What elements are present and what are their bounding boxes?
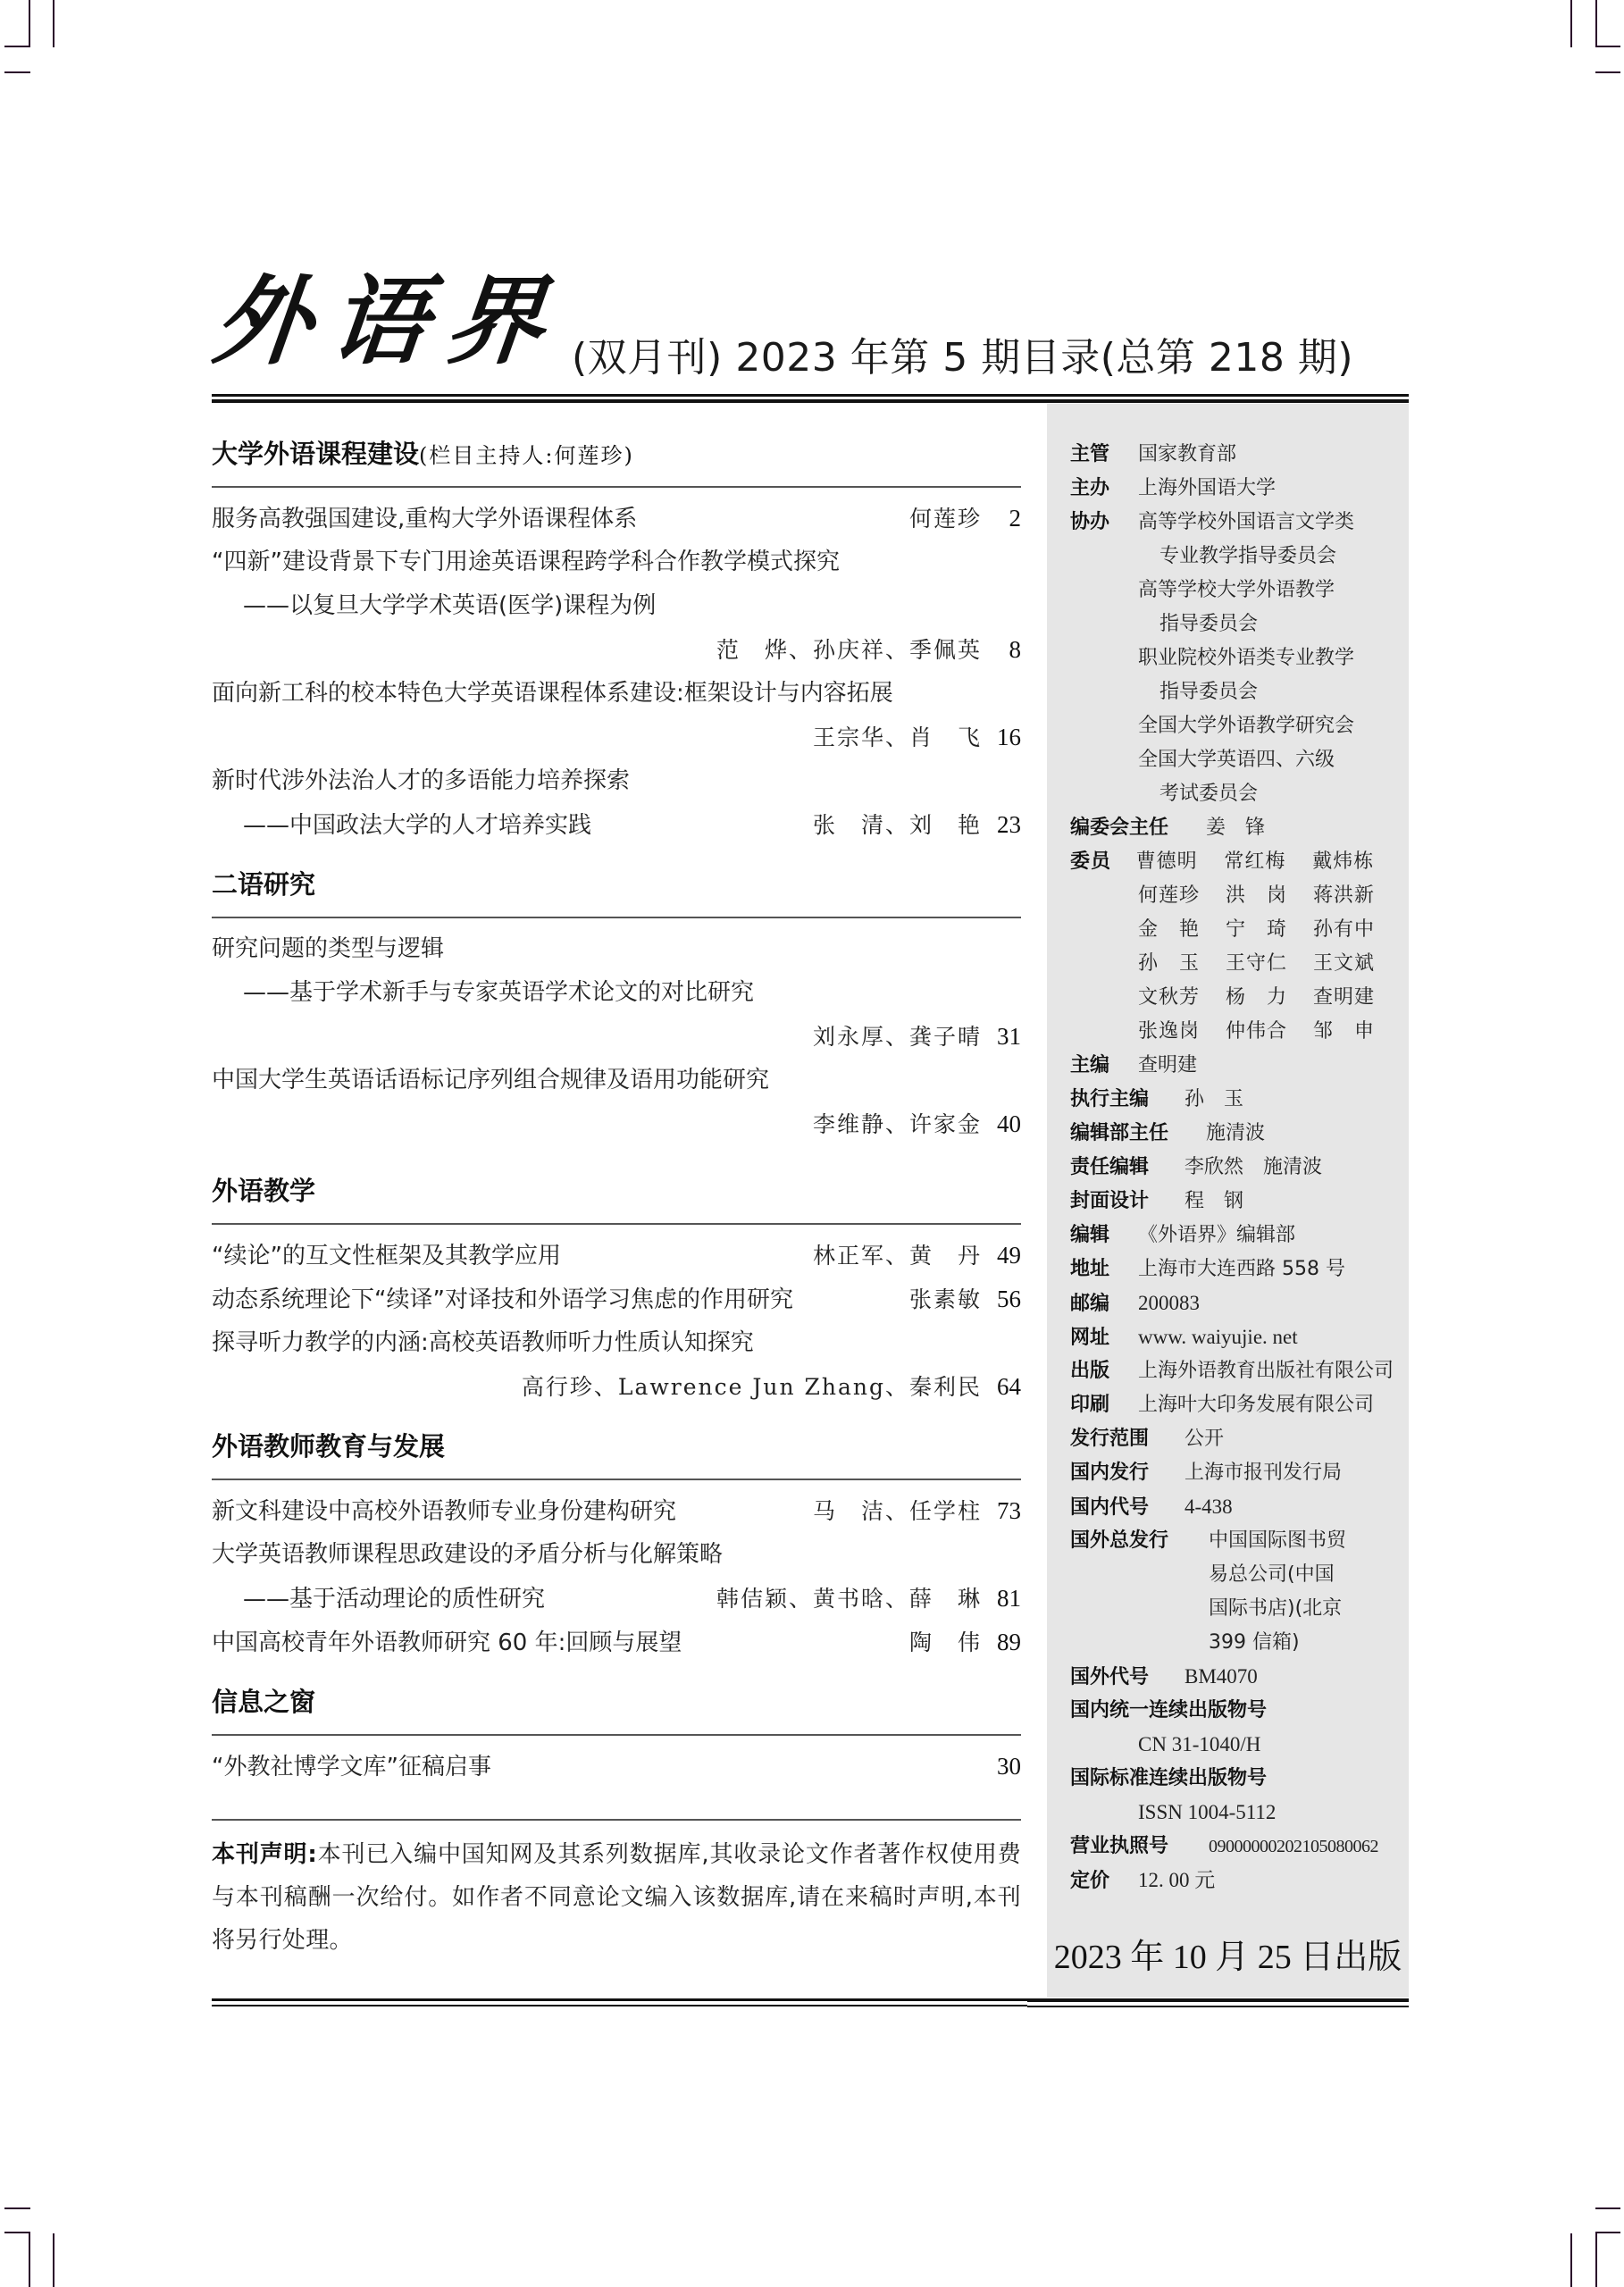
meta-value: ISSN 1004-5112	[1138, 1801, 1276, 1823]
members-row: 委员曹德明常红梅戴炜栋	[1070, 845, 1401, 879]
masthead-row: 主办上海外国语大学	[1070, 472, 1401, 506]
article-title[interactable]: 服务高教强国建设,重构大学外语课程体系	[212, 498, 637, 541]
toc-entry[interactable]: 新时代涉外法治人才的多语能力培养探索	[212, 759, 1021, 803]
page-number[interactable]: 56	[994, 1278, 1021, 1321]
masthead-row: 指导委员会	[1070, 675, 1401, 709]
meta-value: 孙 玉	[1185, 1088, 1243, 1110]
masthead-row: 专业教学指导委员会	[1070, 540, 1401, 574]
meta-label: 执行主编	[1070, 1083, 1185, 1117]
meta-label: 地址	[1070, 1252, 1138, 1286]
section-gap	[212, 1664, 1021, 1677]
masthead-row: 国际书店)(北京	[1070, 1592, 1401, 1626]
toc-section: 外语教师教育与发展 新文科建设中高校外语教师专业身份建构研究 马 洁、任学柱73…	[212, 1421, 1021, 1664]
meta-label: 编辑部主任	[1070, 1117, 1206, 1151]
member-name: 蒋洪新	[1313, 879, 1401, 913]
meta-value: 中国国际图书贸	[1209, 1529, 1346, 1552]
masthead-row: 职业院校外语类专业教学	[1070, 641, 1401, 675]
section-host: (栏目主持人:何莲珍)	[419, 443, 634, 468]
crop-mark	[1570, 2233, 1572, 2287]
page-number[interactable]: 40	[994, 1102, 1021, 1146]
meta-value: 200083	[1138, 1292, 1200, 1314]
member-name: 邹 申	[1313, 1015, 1401, 1049]
page-number[interactable]: 73	[994, 1489, 1021, 1533]
masthead-row: 封面设计程 钢	[1070, 1185, 1401, 1219]
article-title[interactable]: “续论”的互文性框架及其教学应用	[212, 1235, 561, 1278]
article-subtitle: ——中国政法大学的人才培养实践	[212, 804, 591, 848]
meta-value: 上海市报刊发行局	[1185, 1462, 1342, 1484]
article-authors: 李维静、许家金	[813, 1102, 982, 1146]
meta-value: 全国大学英语四、六级	[1138, 749, 1335, 771]
toc-entry[interactable]: “外教社博学文库”征稿启事 30	[212, 1745, 1021, 1789]
masthead-row: 责任编辑李欣然 施清波	[1070, 1151, 1401, 1185]
crop-mark	[1595, 0, 1597, 46]
article-title[interactable]: 大学英语教师课程思政建设的矛盾分析与化解策略	[212, 1533, 723, 1577]
member-name: 张逸岗	[1138, 1015, 1226, 1049]
crop-mark	[1595, 71, 1620, 73]
section-gap	[212, 1146, 1021, 1166]
article-authors: 范 烨、孙庆祥、季佩英	[716, 628, 982, 672]
masthead-row: 编委会主任姜 锋	[1070, 811, 1401, 845]
page-number[interactable]: 64	[994, 1365, 1021, 1409]
member-name: 金 艳	[1138, 913, 1226, 947]
meta-value: 职业院校外语类专业教学	[1138, 647, 1354, 669]
masthead-row: 国内发行上海市报刊发行局	[1070, 1456, 1401, 1490]
masthead-row: 国外代号BM4070	[1070, 1660, 1401, 1694]
crop-mark	[4, 71, 30, 73]
toc-entry[interactable]: 新文科建设中高校外语教师专业身份建构研究 马 洁、任学柱73	[212, 1489, 1021, 1533]
meta-label: 责任编辑	[1070, 1151, 1185, 1185]
meta-label: 营业执照号	[1070, 1830, 1209, 1864]
meta-value: 程 钢	[1185, 1190, 1243, 1212]
notice-label: 本刊声明:	[212, 1841, 317, 1868]
masthead-list: 主管国家教育部 主办上海外国语大学 协办高等学校外国语言文学类 专业教学指导委员…	[1070, 438, 1401, 1897]
member-name: 仲伟合	[1226, 1015, 1313, 1049]
meta-value: 高等学校外国语言文学类	[1138, 511, 1354, 533]
meta-value: 施清波	[1206, 1122, 1265, 1144]
members-row: 孙 玉王守仁王文斌	[1070, 947, 1401, 981]
toc-section: 外语教学 “续论”的互文性框架及其教学应用 林正军、黄 丹49 动态系统理论下“…	[212, 1166, 1021, 1409]
masthead-row: 执行主编孙 玉	[1070, 1083, 1401, 1117]
meta-value: 《外语界》编辑部	[1138, 1224, 1295, 1246]
members-row: 金 艳宁 琦孙有中	[1070, 913, 1401, 947]
masthead-row: 国内代号4-438	[1070, 1490, 1401, 1524]
meta-value: 指导委员会	[1159, 613, 1258, 635]
meta-label: 邮编	[1070, 1287, 1138, 1321]
masthead-row: 全国大学外语教学研究会	[1070, 709, 1401, 743]
toc-entry[interactable]: 大学英语教师课程思政建设的矛盾分析与化解策略	[212, 1533, 1021, 1577]
meta-value: 上海外语教育出版社有限公司	[1138, 1360, 1394, 1382]
article-title[interactable]: 面向新工科的校本特色大学英语课程体系建设:框架设计与内容拓展	[212, 672, 893, 716]
crop-mark	[29, 0, 30, 46]
journal-logo: 外语界	[209, 268, 569, 375]
masthead-row: 编辑部主任施清波	[1070, 1117, 1401, 1151]
article-authors: 高行珍、Lawrence Jun Zhang、秦利民	[522, 1365, 982, 1409]
member-name: 文秋芳	[1138, 981, 1226, 1015]
article-authors: 王宗华、肖 飞	[813, 716, 982, 759]
article-authors: 陶 伟	[909, 1621, 982, 1664]
masthead-row: 协办高等学校外国语言文学类	[1070, 506, 1401, 540]
sidebar-footer-rule-thin	[1027, 2006, 1409, 2007]
meta-value: 易总公司(中国	[1209, 1563, 1335, 1586]
masthead-row: CN 31-1040/H	[1070, 1728, 1401, 1762]
meta-value: 指导委员会	[1159, 681, 1258, 703]
masthead-row: 印刷上海叶大印务发展有限公司	[1070, 1388, 1401, 1422]
article-title[interactable]: 中国大学生英语话语标记序列组合规律及语用功能研究	[212, 1059, 769, 1102]
meta-label: 印刷	[1070, 1388, 1138, 1422]
toc-section: 二语研究 研究问题的类型与逻辑 ——基于学术新手与专家英语学术论文的对比研究 刘…	[212, 859, 1021, 1146]
toc-entry[interactable]: “续论”的互文性框架及其教学应用 林正军、黄 丹49	[212, 1234, 1021, 1278]
member-name: 常红梅	[1224, 845, 1312, 879]
article-subtitle: ——以复旦大学学术英语(医学)课程为例	[212, 584, 656, 628]
meta-value: 399 信箱)	[1209, 1631, 1300, 1654]
section-title: 外语教学	[212, 1166, 1021, 1216]
toc-entry[interactable]: 面向新工科的校本特色大学英语课程体系建设:框架设计与内容拓展	[212, 672, 1021, 716]
meta-value: 高等学校大学外语教学	[1138, 579, 1335, 601]
page-number[interactable]: 16	[994, 716, 1021, 759]
toc-section: 大学外语课程建设(栏目主持人:何莲珍) 服务高教强国建设,重构大学外语课程体系 …	[212, 429, 1021, 847]
toc-entry[interactable]: 中国高校青年外语教师研究 60 年:回顾与展望 陶 伟89	[212, 1621, 1021, 1664]
article-title[interactable]: 新文科建设中高校外语教师专业身份建构研究	[212, 1490, 676, 1534]
masthead-row: 编辑《外语界》编辑部	[1070, 1219, 1401, 1252]
meta-label: 出版	[1070, 1354, 1138, 1388]
article-title[interactable]: “外教社博学文库”征稿启事	[212, 1746, 491, 1789]
toc-entry-author-line: 王宗华、肖 飞16	[212, 716, 1021, 759]
masthead-row: 出版上海外语教育出版社有限公司	[1070, 1354, 1401, 1388]
toc-entry[interactable]: 研究问题的类型与逻辑	[212, 927, 1021, 971]
page-number[interactable]: 2	[994, 497, 1021, 540]
meta-value: 李欣然 施清波	[1185, 1156, 1322, 1178]
meta-value: 查明建	[1138, 1054, 1197, 1076]
section-divider	[212, 917, 1021, 918]
meta-label: 国内发行	[1070, 1456, 1185, 1490]
article-subtitle: ——基于学术新手与专家英语学术论文的对比研究	[212, 971, 754, 1015]
section-title: 信息之窗	[212, 1677, 1021, 1727]
member-name: 孙 玉	[1138, 947, 1226, 981]
meta-value: 09000000202105080062	[1209, 1837, 1378, 1856]
meta-value: 上海市大连西路 558 号	[1138, 1258, 1345, 1280]
meta-label: 主管	[1070, 438, 1138, 472]
masthead-row: 高等学校大学外语教学	[1070, 574, 1401, 607]
page-number[interactable]: 49	[994, 1234, 1021, 1278]
masthead-row: 网址www. waiyujie. net	[1070, 1320, 1401, 1354]
publication-date: 2023 年 10 月 25 日出版	[1047, 1935, 1409, 1980]
crop-mark	[4, 2232, 30, 2233]
meta-label: 主办	[1070, 472, 1138, 506]
meta-label: 国内代号	[1070, 1491, 1185, 1525]
article-title[interactable]: 动态系统理论下“续译”对译技和外语学习焦虑的作用研究	[212, 1278, 793, 1322]
section-gap	[212, 847, 1021, 859]
toc-entry-subtitle-line: ——以复旦大学学术英语(医学)课程为例	[212, 584, 1021, 628]
member-name: 孙有中	[1313, 913, 1401, 947]
header-rule-thin	[212, 394, 1409, 397]
meta-value: 上海叶大印务发展有限公司	[1138, 1394, 1374, 1416]
meta-value: BM4070	[1185, 1665, 1258, 1688]
toc-entry-author-line: 刘永厚、龚子晴31	[212, 1015, 1021, 1059]
member-name: 宁 琦	[1226, 913, 1313, 947]
member-name: 曹德明	[1136, 845, 1225, 879]
members-row: 文秋芳杨 力查明建	[1070, 981, 1401, 1015]
page-number[interactable]: 23	[994, 803, 1021, 847]
crop-mark	[53, 2233, 54, 2287]
meta-value: 国家教育部	[1138, 443, 1236, 465]
toc-entry-subtitle-line: ——基于学术新手与专家英语学术论文的对比研究	[212, 971, 1021, 1015]
issue-subtitle: (双月刊) 2023 年第 5 期目录(总第 218 期)	[572, 329, 1353, 388]
section-divider	[212, 486, 1021, 488]
article-title[interactable]: 新时代涉外法治人才的多语能力培养探索	[212, 759, 630, 803]
toc-section: 信息之窗 “外教社博学文库”征稿启事 30	[212, 1677, 1021, 1789]
member-name: 何莲珍	[1138, 879, 1226, 913]
section-title: 外语教师教育与发展	[212, 1421, 1021, 1471]
toc-entry-subtitle-line: ——基于活动理论的质性研究 韩佶颖、黄书晗、薛 琳81	[212, 1577, 1021, 1621]
article-title[interactable]: “四新”建设背景下专门用途英语课程跨学科合作教学模式探究	[212, 540, 840, 584]
meta-value: 上海外国语大学	[1138, 477, 1276, 499]
notice-text: 本刊已入编中国知网及其系列数据库,其收录论文作者著作权使用费与本刊稿酬一次给付。…	[212, 1841, 1021, 1954]
masthead-row: 发行范围公开	[1070, 1422, 1401, 1456]
meta-value: 全国大学外语教学研究会	[1138, 715, 1354, 737]
meta-value: 4-438	[1185, 1495, 1233, 1518]
article-title[interactable]: 研究问题的类型与逻辑	[212, 927, 444, 971]
masthead-row: 国际标准连续出版物号	[1070, 1762, 1401, 1796]
toc-entry[interactable]: 服务高教强国建设,重构大学外语课程体系 何莲珍2	[212, 497, 1021, 540]
member-name: 王守仁	[1226, 947, 1313, 981]
toc-entry[interactable]: 探寻听力教学的内涵:高校英语教师听力性质认知探究	[212, 1321, 1021, 1365]
toc-entry-author-line: 李维静、许家金40	[212, 1102, 1021, 1146]
article-authors: 何莲珍	[909, 497, 982, 540]
meta-label: 网址	[1070, 1321, 1138, 1355]
masthead-row: 指导委员会	[1070, 607, 1401, 641]
section-divider	[212, 1479, 1021, 1480]
article-authors: 林正军、黄 丹	[813, 1234, 982, 1278]
meta-label: 发行范围	[1070, 1422, 1185, 1456]
crop-mark	[4, 46, 30, 47]
article-authors: 韩佶颖、黄书晗、薛 琳	[716, 1577, 982, 1621]
meta-label: 编委会主任	[1070, 811, 1206, 845]
table-of-contents: 大学外语课程建设(栏目主持人:何莲珍) 服务高教强国建设,重构大学外语课程体系 …	[212, 429, 1021, 1962]
member-name: 杨 力	[1226, 981, 1313, 1015]
meta-label: 主编	[1070, 1049, 1138, 1083]
masthead-row: 易总公司(中国	[1070, 1558, 1401, 1592]
article-title[interactable]: 探寻听力教学的内涵:高校英语教师听力性质认知探究	[212, 1321, 754, 1365]
masthead-row: 全国大学英语四、六级	[1070, 743, 1401, 777]
meta-value: CN 31-1040/H	[1138, 1733, 1260, 1755]
crop-mark	[1595, 46, 1620, 47]
meta-value: 考试委员会	[1159, 783, 1258, 805]
toc-entry[interactable]: “四新”建设背景下专门用途英语课程跨学科合作教学模式探究	[212, 540, 1021, 584]
meta-label: 封面设计	[1070, 1185, 1185, 1219]
masthead-row: 国内统一连续出版物号	[1070, 1694, 1401, 1728]
page-number[interactable]: 30	[994, 1745, 1021, 1789]
masthead-row: 主管国家教育部	[1070, 438, 1401, 472]
masthead-row: 考试委员会	[1070, 777, 1401, 811]
notice-divider	[212, 1819, 1021, 1821]
page-number[interactable]: 8	[994, 628, 1021, 672]
toc-entry[interactable]: 中国大学生英语话语标记序列组合规律及语用功能研究	[212, 1059, 1021, 1102]
article-subtitle: ——基于活动理论的质性研究	[212, 1578, 545, 1621]
meta-label: 协办	[1070, 506, 1138, 540]
website-link[interactable]: www. waiyujie. net	[1138, 1326, 1298, 1348]
masthead-sidebar: 主管国家教育部 主办上海外国语大学 协办高等学校外国语言文学类 专业教学指导委员…	[1047, 404, 1409, 1998]
article-authors: 张素敏	[909, 1278, 982, 1321]
masthead-row: 国外总发行中国国际图书贸	[1070, 1524, 1401, 1558]
crop-mark	[1595, 2207, 1620, 2209]
meta-label: 国际标准连续出版物号	[1070, 1762, 1267, 1796]
meta-value: 专业教学指导委员会	[1159, 545, 1336, 567]
member-name: 洪 岗	[1226, 879, 1313, 913]
meta-label: 国外总发行	[1070, 1524, 1209, 1558]
meta-value: 国际书店)(北京	[1209, 1597, 1342, 1620]
crop-mark	[29, 2232, 30, 2287]
crop-mark	[53, 0, 54, 47]
masthead-row: 地址上海市大连西路 558 号	[1070, 1252, 1401, 1286]
members-row: 张逸岗仲伟合邹 申	[1070, 1015, 1401, 1049]
members-row: 何莲珍洪 岗蒋洪新	[1070, 879, 1401, 913]
section-title-text: 大学外语课程建设	[212, 439, 419, 469]
member-name: 戴炜栋	[1312, 845, 1401, 879]
crop-mark	[1595, 2232, 1597, 2287]
meta-value: 12. 00 元	[1138, 1869, 1215, 1891]
page-number[interactable]: 31	[994, 1015, 1021, 1059]
meta-label: 国外代号	[1070, 1661, 1185, 1695]
meta-label: 定价	[1070, 1864, 1138, 1898]
meta-value: 公开	[1185, 1428, 1224, 1450]
page-number[interactable]: 89	[994, 1621, 1021, 1664]
section-divider	[212, 1734, 1021, 1736]
toc-entry-author-line: 高行珍、Lawrence Jun Zhang、秦利民64	[212, 1365, 1021, 1409]
toc-entry[interactable]: 动态系统理论下“续译”对译技和外语学习焦虑的作用研究 张素敏56	[212, 1278, 1021, 1321]
article-authors: 刘永厚、龚子晴	[813, 1015, 982, 1059]
crop-mark	[4, 2207, 30, 2209]
toc-entry-subtitle-line: ——中国政法大学的人才培养实践 张 清、刘 艳23	[212, 803, 1021, 847]
crop-mark	[1570, 0, 1572, 47]
member-name: 查明建	[1313, 981, 1401, 1015]
section-divider	[212, 1223, 1021, 1225]
member-name: 王文斌	[1313, 947, 1401, 981]
masthead-row: 399 信箱)	[1070, 1626, 1401, 1660]
footer-rule-thick	[212, 1998, 1027, 2001]
meta-label: 委员	[1070, 845, 1136, 879]
section-title: 二语研究	[212, 859, 1021, 909]
meta-label: 编辑	[1070, 1219, 1138, 1252]
footer-rule-thin	[212, 2005, 1027, 2006]
journal-notice: 本刊声明:本刊已入编中国知网及其系列数据库,其收录论文作者著作权使用费与本刊稿酬…	[212, 1833, 1021, 1962]
section-title: 大学外语课程建设(栏目主持人:何莲珍)	[212, 429, 1021, 479]
meta-value: 姜 锋	[1206, 817, 1265, 839]
masthead-row: 定价12. 00 元	[1070, 1864, 1401, 1897]
toc-entry-author-line: 范 烨、孙庆祥、季佩英8	[212, 628, 1021, 672]
masthead-row: 营业执照号09000000202105080062	[1070, 1830, 1401, 1864]
section-gap	[212, 1409, 1021, 1421]
header-rule-thick	[212, 399, 1409, 403]
crop-mark	[1595, 2232, 1620, 2233]
article-title[interactable]: 中国高校青年外语教师研究 60 年:回顾与展望	[212, 1621, 682, 1665]
masthead-row: 主编查明建	[1070, 1049, 1401, 1083]
sidebar-footer-rule-thick	[1027, 1998, 1409, 2002]
page-number[interactable]: 81	[994, 1577, 1021, 1621]
article-authors: 马 洁、任学柱	[813, 1489, 982, 1533]
article-authors: 张 清、刘 艳	[813, 803, 982, 847]
meta-label: 国内统一连续出版物号	[1070, 1694, 1267, 1728]
masthead-row: 邮编200083	[1070, 1286, 1401, 1320]
masthead-row: ISSN 1004-5112	[1070, 1796, 1401, 1830]
